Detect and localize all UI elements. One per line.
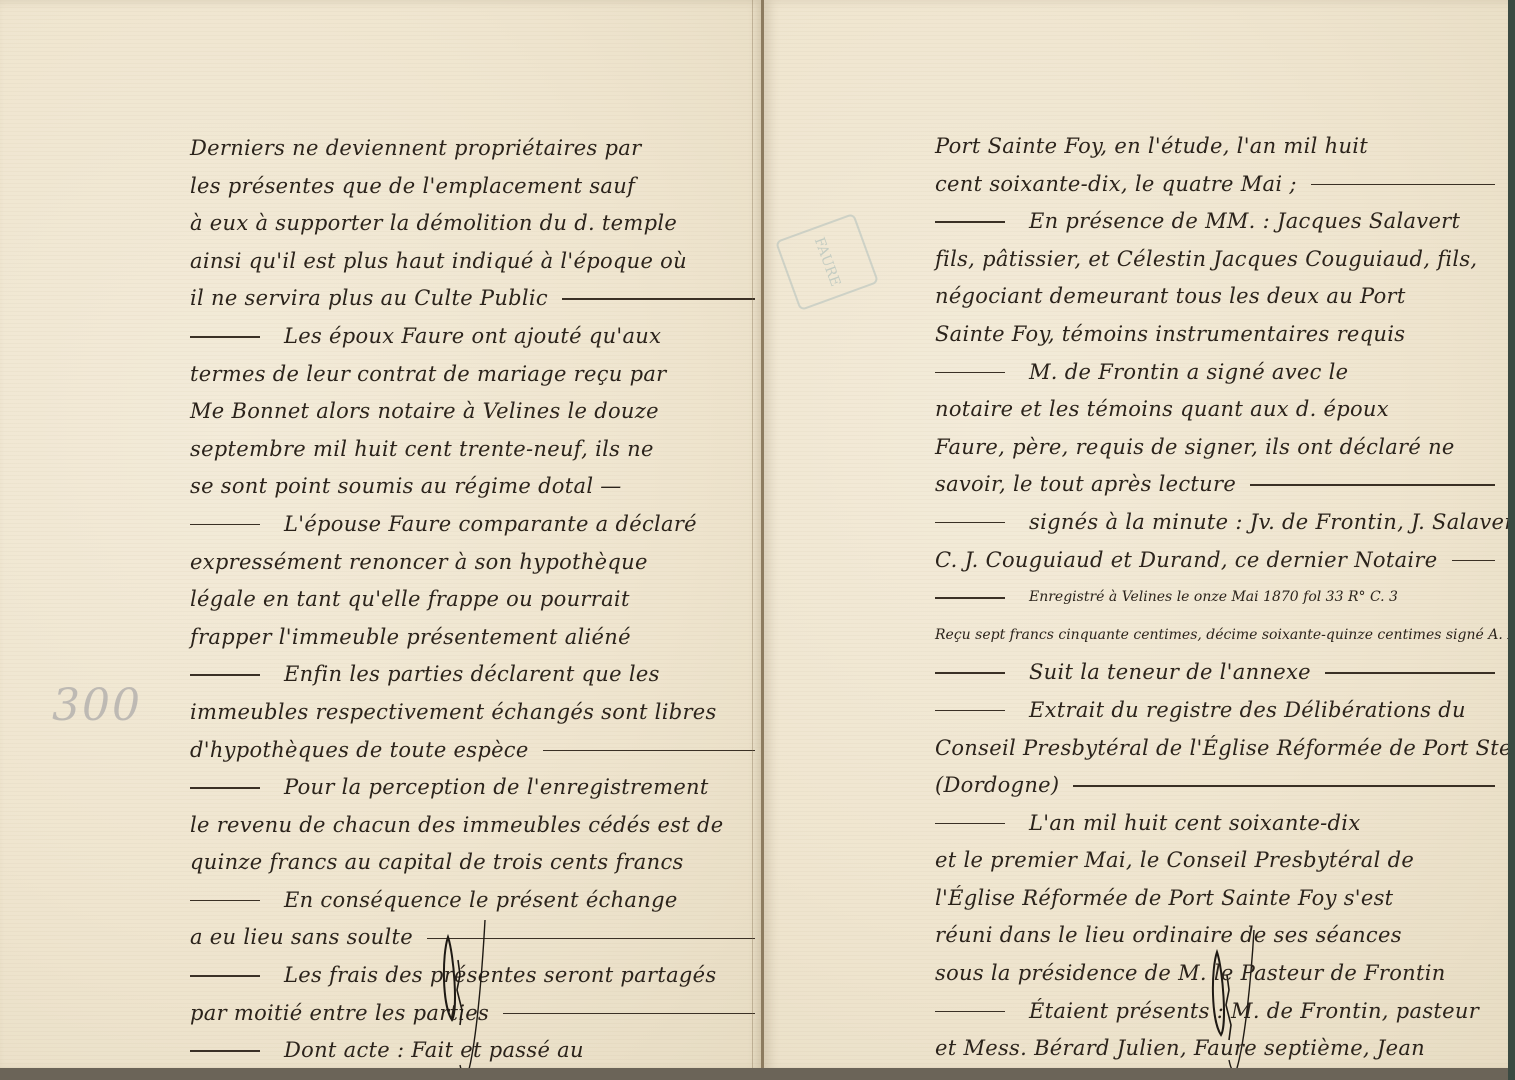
line-filler-dash: [1250, 484, 1495, 486]
text-line: notaire et les témoins quant aux d. épou…: [935, 391, 1495, 429]
line-text: les présentes que de l'emplacement sauf: [190, 168, 635, 206]
text-line: Me Bonnet alors notaire à Velines le dou…: [190, 393, 755, 431]
text-line: le revenu de chacun des immeubles cédés …: [190, 807, 755, 845]
text-line: Suit la teneur de l'annexe: [935, 654, 1495, 692]
line-text: Les époux Faure ont ajouté qu'aux: [284, 318, 661, 356]
line-text: savoir, le tout après lecture: [935, 466, 1236, 504]
text-line: Étaient présents : M. de Frontin, pasteu…: [935, 993, 1495, 1031]
paragraph-dash: [190, 975, 260, 977]
text-line: Enregistré à Velines le onze Mai 1870 fo…: [935, 579, 1495, 617]
text-line: l'Église Réformée de Port Sainte Foy s'e…: [935, 880, 1495, 918]
line-text: ainsi qu'il est plus haut indiqué à l'ép…: [190, 243, 687, 281]
line-text: l'Église Réformée de Port Sainte Foy s'e…: [935, 880, 1393, 918]
text-line: légale en tant qu'elle frappe ou pourrai…: [190, 581, 755, 619]
line-text: négociant demeurant tous les deux au Por…: [935, 278, 1406, 316]
line-text: d'hypothèques de toute espèce: [190, 732, 529, 770]
paragraph-dash: [190, 1050, 260, 1052]
paraphe-signature-left: [440, 915, 500, 1080]
line-text: Sainte Foy, témoins instrumentaires requ…: [935, 316, 1405, 354]
paragraph-dash: [190, 900, 260, 902]
line-text: signés à la minute : Jv. de Frontin, J. …: [1029, 504, 1515, 542]
text-line: En conséquence le présent échange: [190, 882, 755, 920]
line-text: Étaient présents : M. de Frontin, pasteu…: [1029, 993, 1479, 1031]
line-text: se sont point soumis au régime dotal —: [190, 468, 622, 506]
line-text: Dont acte : Fait et passé au: [284, 1032, 584, 1070]
line-text: et le premier Mai, le Conseil Presbytéra…: [935, 842, 1414, 880]
line-text: Derniers ne deviennent propriétaires par: [190, 130, 641, 168]
left-page: 300 Derniers ne deviennent propriétaires…: [0, 0, 764, 1072]
text-line: Reçu sept francs cinquante centimes, déc…: [935, 617, 1495, 655]
text-line: frapper l'immeuble présentement aliéné: [190, 619, 755, 657]
paragraph-dash: [190, 336, 260, 338]
text-line: immeubles respectivement échangés sont l…: [190, 694, 755, 732]
margin-page-number: 300: [52, 680, 142, 731]
paragraph-dash: [190, 674, 260, 676]
text-line: ainsi qu'il est plus haut indiqué à l'ép…: [190, 243, 755, 281]
text-line: septembre mil huit cent trente-neuf, ils…: [190, 431, 755, 469]
line-text: légale en tant qu'elle frappe ou pourrai…: [190, 581, 630, 619]
line-text: il ne servira plus au Culte Public: [190, 280, 548, 318]
text-line: Enfin les parties déclarent que les: [190, 656, 755, 694]
line-text: En conséquence le présent échange: [284, 882, 678, 920]
scan-border: [1508, 0, 1515, 1080]
line-text: frapper l'immeuble présentement aliéné: [190, 619, 631, 657]
line-text: L'épouse Faure comparante a déclaré: [284, 506, 697, 544]
text-line: En présence de MM. : Jacques Salavert: [935, 203, 1495, 241]
text-line: Sainte Foy, témoins instrumentaires requ…: [935, 316, 1495, 354]
line-text: le revenu de chacun des immeubles cédés …: [190, 807, 724, 845]
text-line: Derniers ne deviennent propriétaires par: [190, 130, 755, 168]
text-line: Les époux Faure ont ajouté qu'aux: [190, 318, 755, 356]
line-text: expressément renoncer à son hypothèque: [190, 544, 648, 582]
text-line: Extrait du registre des Délibérations du: [935, 692, 1495, 730]
line-text: cent soixante-dix, le quatre Mai ;: [935, 166, 1297, 204]
line-text: a eu lieu sans soulte: [190, 919, 413, 957]
text-line: négociant demeurant tous les deux au Por…: [935, 278, 1495, 316]
text-line: quinze francs au capital de trois cents …: [190, 844, 755, 882]
text-line: termes de leur contrat de mariage reçu p…: [190, 356, 755, 394]
paragraph-dash: [935, 823, 1005, 825]
text-line: C. J. Couguiaud et Durand, ce dernier No…: [935, 542, 1495, 580]
text-line: M. de Frontin a signé avec le: [935, 354, 1495, 392]
line-filler-dash: [503, 1013, 755, 1015]
line-text: Extrait du registre des Délibérations du: [1029, 692, 1466, 730]
text-line: se sont point soumis au régime dotal —: [190, 468, 755, 506]
line-text: Suit la teneur de l'annexe: [1029, 654, 1311, 692]
text-line: expressément renoncer à son hypothèque: [190, 544, 755, 582]
line-text: L'an mil huit cent soixante-dix: [1029, 805, 1360, 843]
text-line: il ne servira plus au Culte Public: [190, 280, 755, 318]
text-line: signés à la minute : Jv. de Frontin, J. …: [935, 504, 1495, 542]
text-line: L'épouse Faure comparante a déclaré: [190, 506, 755, 544]
text-line: Pour la perception de l'enregistrement: [190, 769, 755, 807]
document-spread: 300 Derniers ne deviennent propriétaires…: [0, 0, 1510, 1072]
line-text: termes de leur contrat de mariage reçu p…: [190, 356, 667, 394]
line-text: Enregistré à Velines le onze Mai 1870 fo…: [1029, 579, 1398, 617]
line-text: Pour la perception de l'enregistrement: [284, 769, 709, 807]
paragraph-dash: [935, 710, 1005, 712]
text-line: fils, pâtissier, et Célestin Jacques Cou…: [935, 241, 1495, 279]
text-line: et Mess. Bérard Julien, Faure septième, …: [935, 1030, 1495, 1068]
line-filler-dash: [1311, 184, 1495, 186]
line-text: (Dordogne): [935, 767, 1059, 805]
line-filler-dash: [1073, 785, 1495, 787]
line-text: réuni dans le lieu ordinaire de ses séan…: [935, 917, 1402, 955]
text-line: cent soixante-dix, le quatre Mai ;: [935, 166, 1495, 204]
line-text: C. J. Couguiaud et Durand, ce dernier No…: [935, 542, 1438, 580]
page-margin-rule: [752, 0, 753, 1072]
line-text: sous la présidence de M. le Pasteur de F…: [935, 955, 1446, 993]
text-line: à eux à supporter la démolition du d. te…: [190, 205, 755, 243]
line-filler-dash: [562, 298, 755, 300]
text-line: savoir, le tout après lecture: [935, 466, 1495, 504]
line-filler-dash: [1452, 560, 1496, 562]
right-page-text: Port Sainte Foy, en l'étude, l'an mil hu…: [935, 128, 1495, 1068]
line-text: M. de Frontin a signé avec le: [1029, 354, 1348, 392]
paragraph-dash: [935, 597, 1005, 599]
line-text: septembre mil huit cent trente-neuf, ils…: [190, 431, 654, 469]
line-text: Conseil Presbytéral de l'Église Réformée…: [935, 730, 1515, 768]
line-text: quinze francs au capital de trois cents …: [190, 844, 684, 882]
line-text: immeubles respectivement échangés sont l…: [190, 694, 717, 732]
paragraph-dash: [935, 372, 1005, 374]
page-bottom-edge: [0, 1068, 1510, 1080]
line-filler-dash: [1325, 672, 1495, 674]
line-text: Faure, père, requis de signer, ils ont d…: [935, 429, 1455, 467]
line-text: et Mess. Bérard Julien, Faure septième, …: [935, 1030, 1425, 1068]
paragraph-dash: [935, 522, 1005, 524]
text-line: Faure, père, requis de signer, ils ont d…: [935, 429, 1495, 467]
text-line: les présentes que de l'emplacement sauf: [190, 168, 755, 206]
text-line: Conseil Presbytéral de l'Église Réformée…: [935, 730, 1495, 768]
book-gutter: [761, 0, 764, 1072]
line-text: Enfin les parties déclarent que les: [284, 656, 660, 694]
text-line: réuni dans le lieu ordinaire de ses séan…: [935, 917, 1495, 955]
text-line: d'hypothèques de toute espèce: [190, 732, 755, 770]
text-line: Port Sainte Foy, en l'étude, l'an mil hu…: [935, 128, 1495, 166]
paragraph-dash: [935, 672, 1005, 674]
text-line: L'an mil huit cent soixante-dix: [935, 805, 1495, 843]
paragraph-dash: [190, 524, 260, 526]
line-text: notaire et les témoins quant aux d. épou…: [935, 391, 1389, 429]
line-text: Les frais des présentes seront partagés: [284, 957, 716, 995]
line-filler-dash: [543, 750, 755, 752]
text-line: sous la présidence de M. le Pasteur de F…: [935, 955, 1495, 993]
text-line: (Dordogne): [935, 767, 1495, 805]
paragraph-dash: [190, 787, 260, 789]
text-line: et le premier Mai, le Conseil Presbytéra…: [935, 842, 1495, 880]
paragraph-dash: [935, 1011, 1005, 1013]
line-text: Reçu sept francs cinquante centimes, déc…: [935, 617, 1515, 655]
line-text: à eux à supporter la démolition du d. te…: [190, 205, 677, 243]
line-text: fils, pâtissier, et Célestin Jacques Cou…: [935, 241, 1477, 279]
line-text: Me Bonnet alors notaire à Velines le dou…: [190, 393, 659, 431]
line-text: Port Sainte Foy, en l'étude, l'an mil hu…: [935, 128, 1368, 166]
paragraph-dash: [935, 221, 1005, 223]
line-text: En présence de MM. : Jacques Salavert: [1029, 203, 1460, 241]
